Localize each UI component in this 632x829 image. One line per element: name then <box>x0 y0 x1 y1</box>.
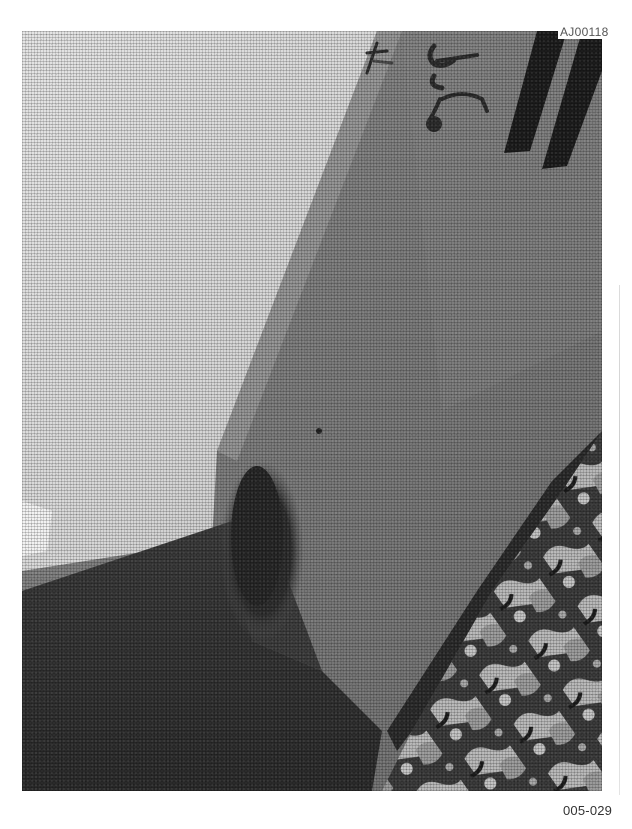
scanned-photograph <box>22 31 602 791</box>
bates-number: AJ00118 <box>558 26 611 39</box>
photo-scene <box>22 31 602 791</box>
scan-margin-line <box>619 285 620 795</box>
page-label: 005-029 <box>563 803 612 818</box>
